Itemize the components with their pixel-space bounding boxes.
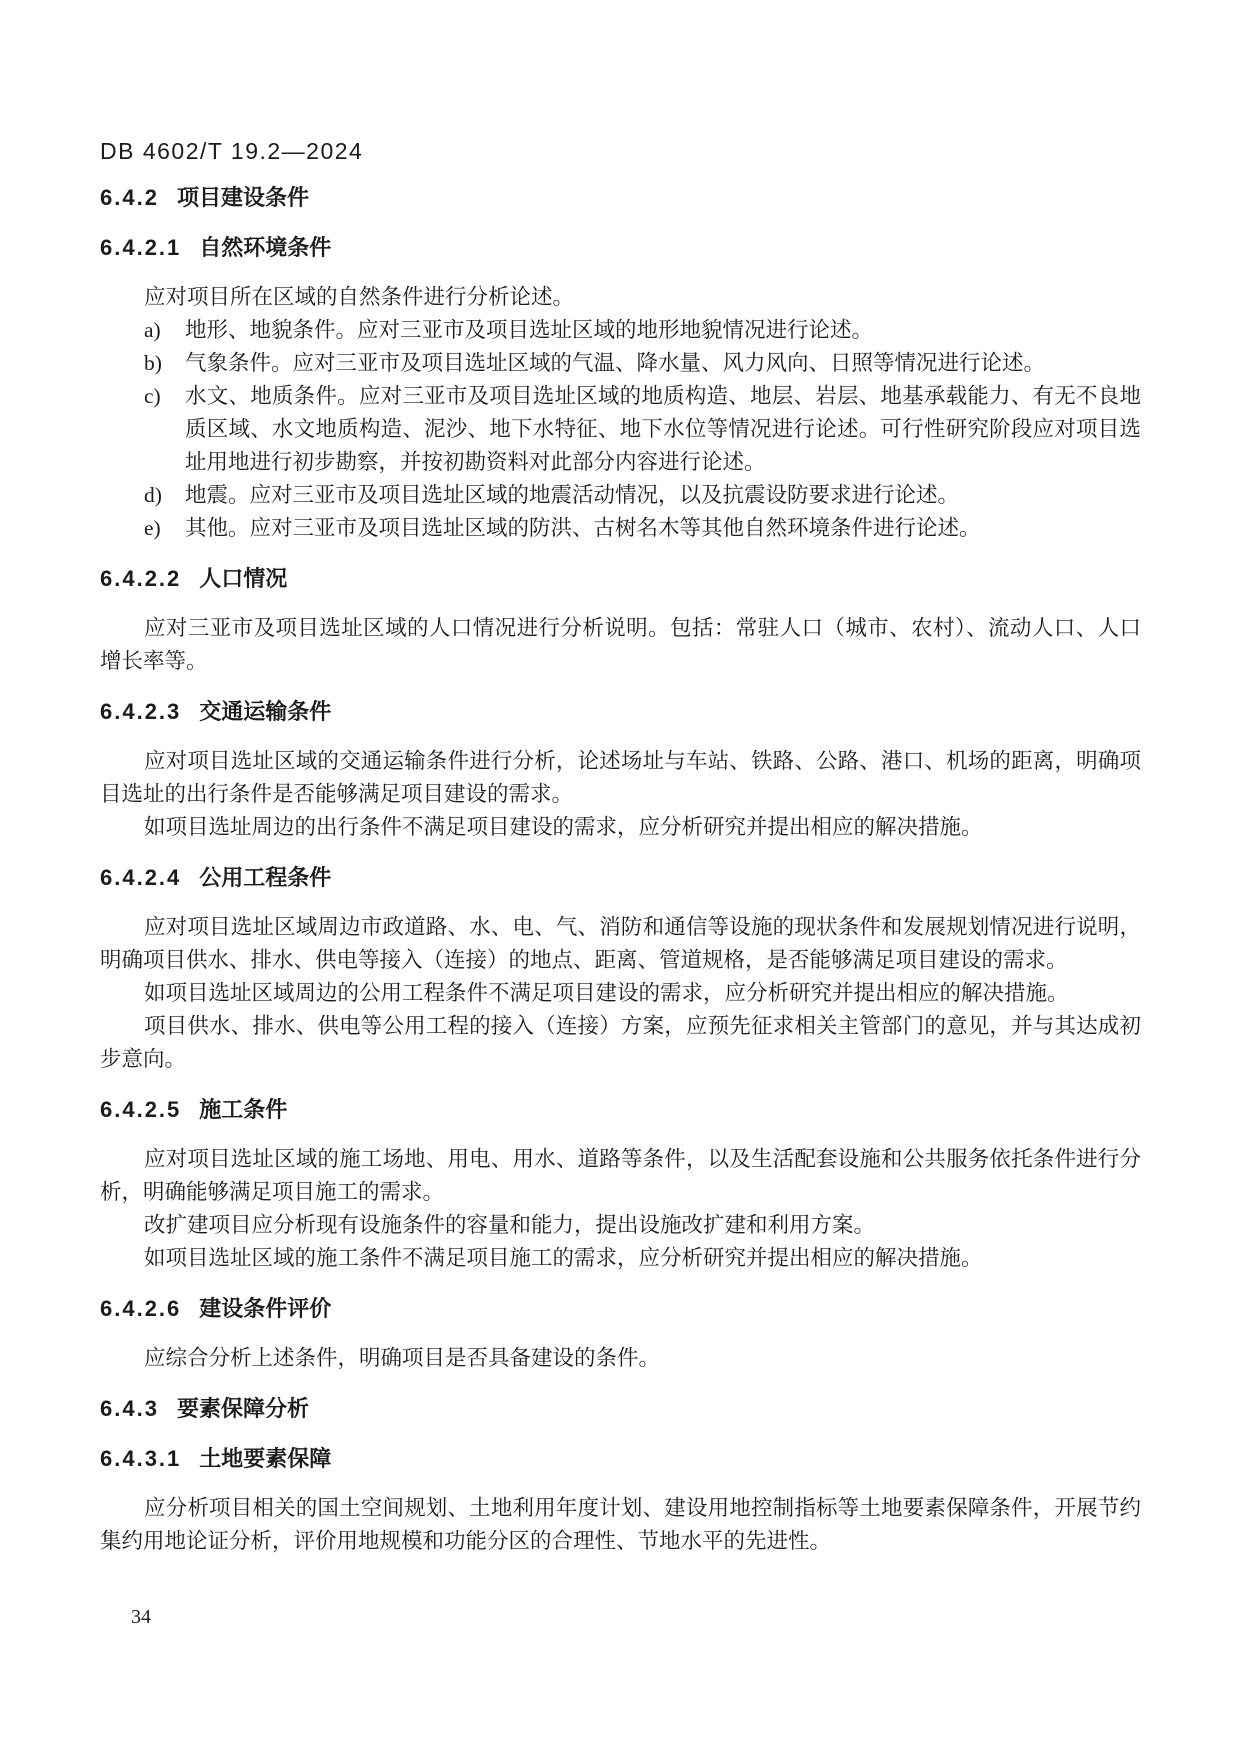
section-title: 自然环境条件: [199, 235, 331, 260]
paragraph: 应对项目选址区域的施工场地、用电、用水、道路等条件，以及生活配套设施和公共服务依…: [100, 1143, 1141, 1209]
section-heading-6-4-2-3: 6.4.2.3交通运输条件: [100, 695, 1141, 728]
document-page: DB 4602/T 19.2—2024 6.4.2项目建设条件 6.4.2.1自…: [0, 0, 1241, 1754]
list-item-label: d): [144, 479, 162, 512]
paragraph: 改扩建项目应分析现有设施条件的容量和能力，提出设施改扩建和利用方案。: [100, 1209, 1141, 1242]
page-content: DB 4602/T 19.2—2024 6.4.2项目建设条件 6.4.2.1自…: [100, 0, 1141, 1558]
section-heading-6-4-2: 6.4.2项目建设条件: [100, 181, 1141, 214]
list-item-d: d)地震。应对三亚市及项目选址区域的地震活动情况，以及抗震设防要求进行论述。: [100, 479, 1141, 512]
section-title: 建设条件评价: [199, 1296, 331, 1321]
paragraph: 应对项目选址区域周边市政道路、水、电、气、消防和通信等设施的现状条件和发展规划情…: [100, 911, 1141, 977]
section-heading-6-4-3: 6.4.3要素保障分析: [100, 1392, 1141, 1425]
section-heading-6-4-2-5: 6.4.2.5施工条件: [100, 1093, 1141, 1126]
section-title: 人口情况: [199, 566, 287, 591]
list-item-text: 其他。应对三亚市及项目选址区域的防洪、古树名木等其他自然环境条件进行论述。: [185, 516, 981, 540]
page-number: 34: [131, 1603, 151, 1631]
section-number: 6.4.2: [100, 185, 159, 210]
paragraph: 应对项目选址区域的交通运输条件进行分析，论述场址与车站、铁路、公路、港口、机场的…: [100, 745, 1141, 811]
section-number: 6.4.2.4: [100, 865, 181, 890]
section-heading-6-4-2-2: 6.4.2.2人口情况: [100, 562, 1141, 595]
list-item-text: 水文、地质条件。应对三亚市及项目选址区域的地质构造、地层、岩层、地基承载能力、有…: [185, 384, 1141, 474]
section-number: 6.4.2.1: [100, 235, 181, 260]
list-item-label: e): [144, 512, 161, 545]
section-number: 6.4.2.6: [100, 1296, 181, 1321]
section-heading-6-4-3-1: 6.4.3.1土地要素保障: [100, 1442, 1141, 1475]
paragraph: 如项目选址区域周边的公用工程条件不满足项目建设的需求，应分析研究并提出相应的解决…: [100, 977, 1141, 1010]
list-item-text: 地震。应对三亚市及项目选址区域的地震活动情况，以及抗震设防要求进行论述。: [185, 483, 959, 507]
paragraph: 如项目选址区域的施工条件不满足项目施工的需求，应分析研究并提出相应的解决措施。: [100, 1242, 1141, 1275]
paragraph: 项目供水、排水、供电等公用工程的接入（连接）方案，应预先征求相关主管部门的意见，…: [100, 1010, 1141, 1076]
section-title: 交通运输条件: [199, 699, 331, 724]
section-number: 6.4.2.3: [100, 699, 181, 724]
section-number: 6.4.3: [100, 1396, 159, 1421]
list-item-label: a): [144, 314, 161, 347]
list-item-label: b): [144, 347, 162, 380]
section-title: 要素保障分析: [177, 1396, 309, 1421]
paragraph: 应分析项目相关的国土空间规划、土地利用年度计划、建设用地控制指标等土地要素保障条…: [100, 1492, 1141, 1558]
section-heading-6-4-2-1: 6.4.2.1自然环境条件: [100, 231, 1141, 264]
list-item-b: b)气象条件。应对三亚市及项目选址区域的气温、降水量、风力风向、日照等情况进行论…: [100, 347, 1141, 380]
section-title: 公用工程条件: [199, 865, 331, 890]
paragraph: 应对项目所在区域的自然条件进行分析论述。: [100, 281, 1141, 314]
section-title: 施工条件: [199, 1097, 287, 1122]
paragraph: 应综合分析上述条件，明确项目是否具备建设的条件。: [100, 1342, 1141, 1375]
list-item-text: 地形、地貌条件。应对三亚市及项目选址区域的地形地貌情况进行论述。: [185, 318, 873, 342]
section-heading-6-4-2-6: 6.4.2.6建设条件评价: [100, 1292, 1141, 1325]
section-heading-6-4-2-4: 6.4.2.4公用工程条件: [100, 861, 1141, 894]
section-number: 6.4.3.1: [100, 1446, 181, 1471]
list-item-e: e)其他。应对三亚市及项目选址区域的防洪、古树名木等其他自然环境条件进行论述。: [100, 512, 1141, 545]
paragraph: 应对三亚市及项目选址区域的人口情况进行分析说明。包括：常驻人口（城市、农村）、流…: [100, 612, 1141, 678]
list-item-label: c): [144, 380, 161, 413]
section-title: 土地要素保障: [199, 1446, 331, 1471]
list-item-c: c)水文、地质条件。应对三亚市及项目选址区域的地质构造、地层、岩层、地基承载能力…: [100, 380, 1141, 479]
section-number: 6.4.2.5: [100, 1097, 181, 1122]
list-item-text: 气象条件。应对三亚市及项目选址区域的气温、降水量、风力风向、日照等情况进行论述。: [185, 351, 1045, 375]
list-item-a: a)地形、地貌条件。应对三亚市及项目选址区域的地形地貌情况进行论述。: [100, 314, 1141, 347]
section-title: 项目建设条件: [177, 185, 309, 210]
paragraph: 如项目选址周边的出行条件不满足项目建设的需求，应分析研究并提出相应的解决措施。: [100, 811, 1141, 844]
section-number: 6.4.2.2: [100, 566, 181, 591]
doc-code: DB 4602/T 19.2—2024: [100, 138, 1141, 164]
